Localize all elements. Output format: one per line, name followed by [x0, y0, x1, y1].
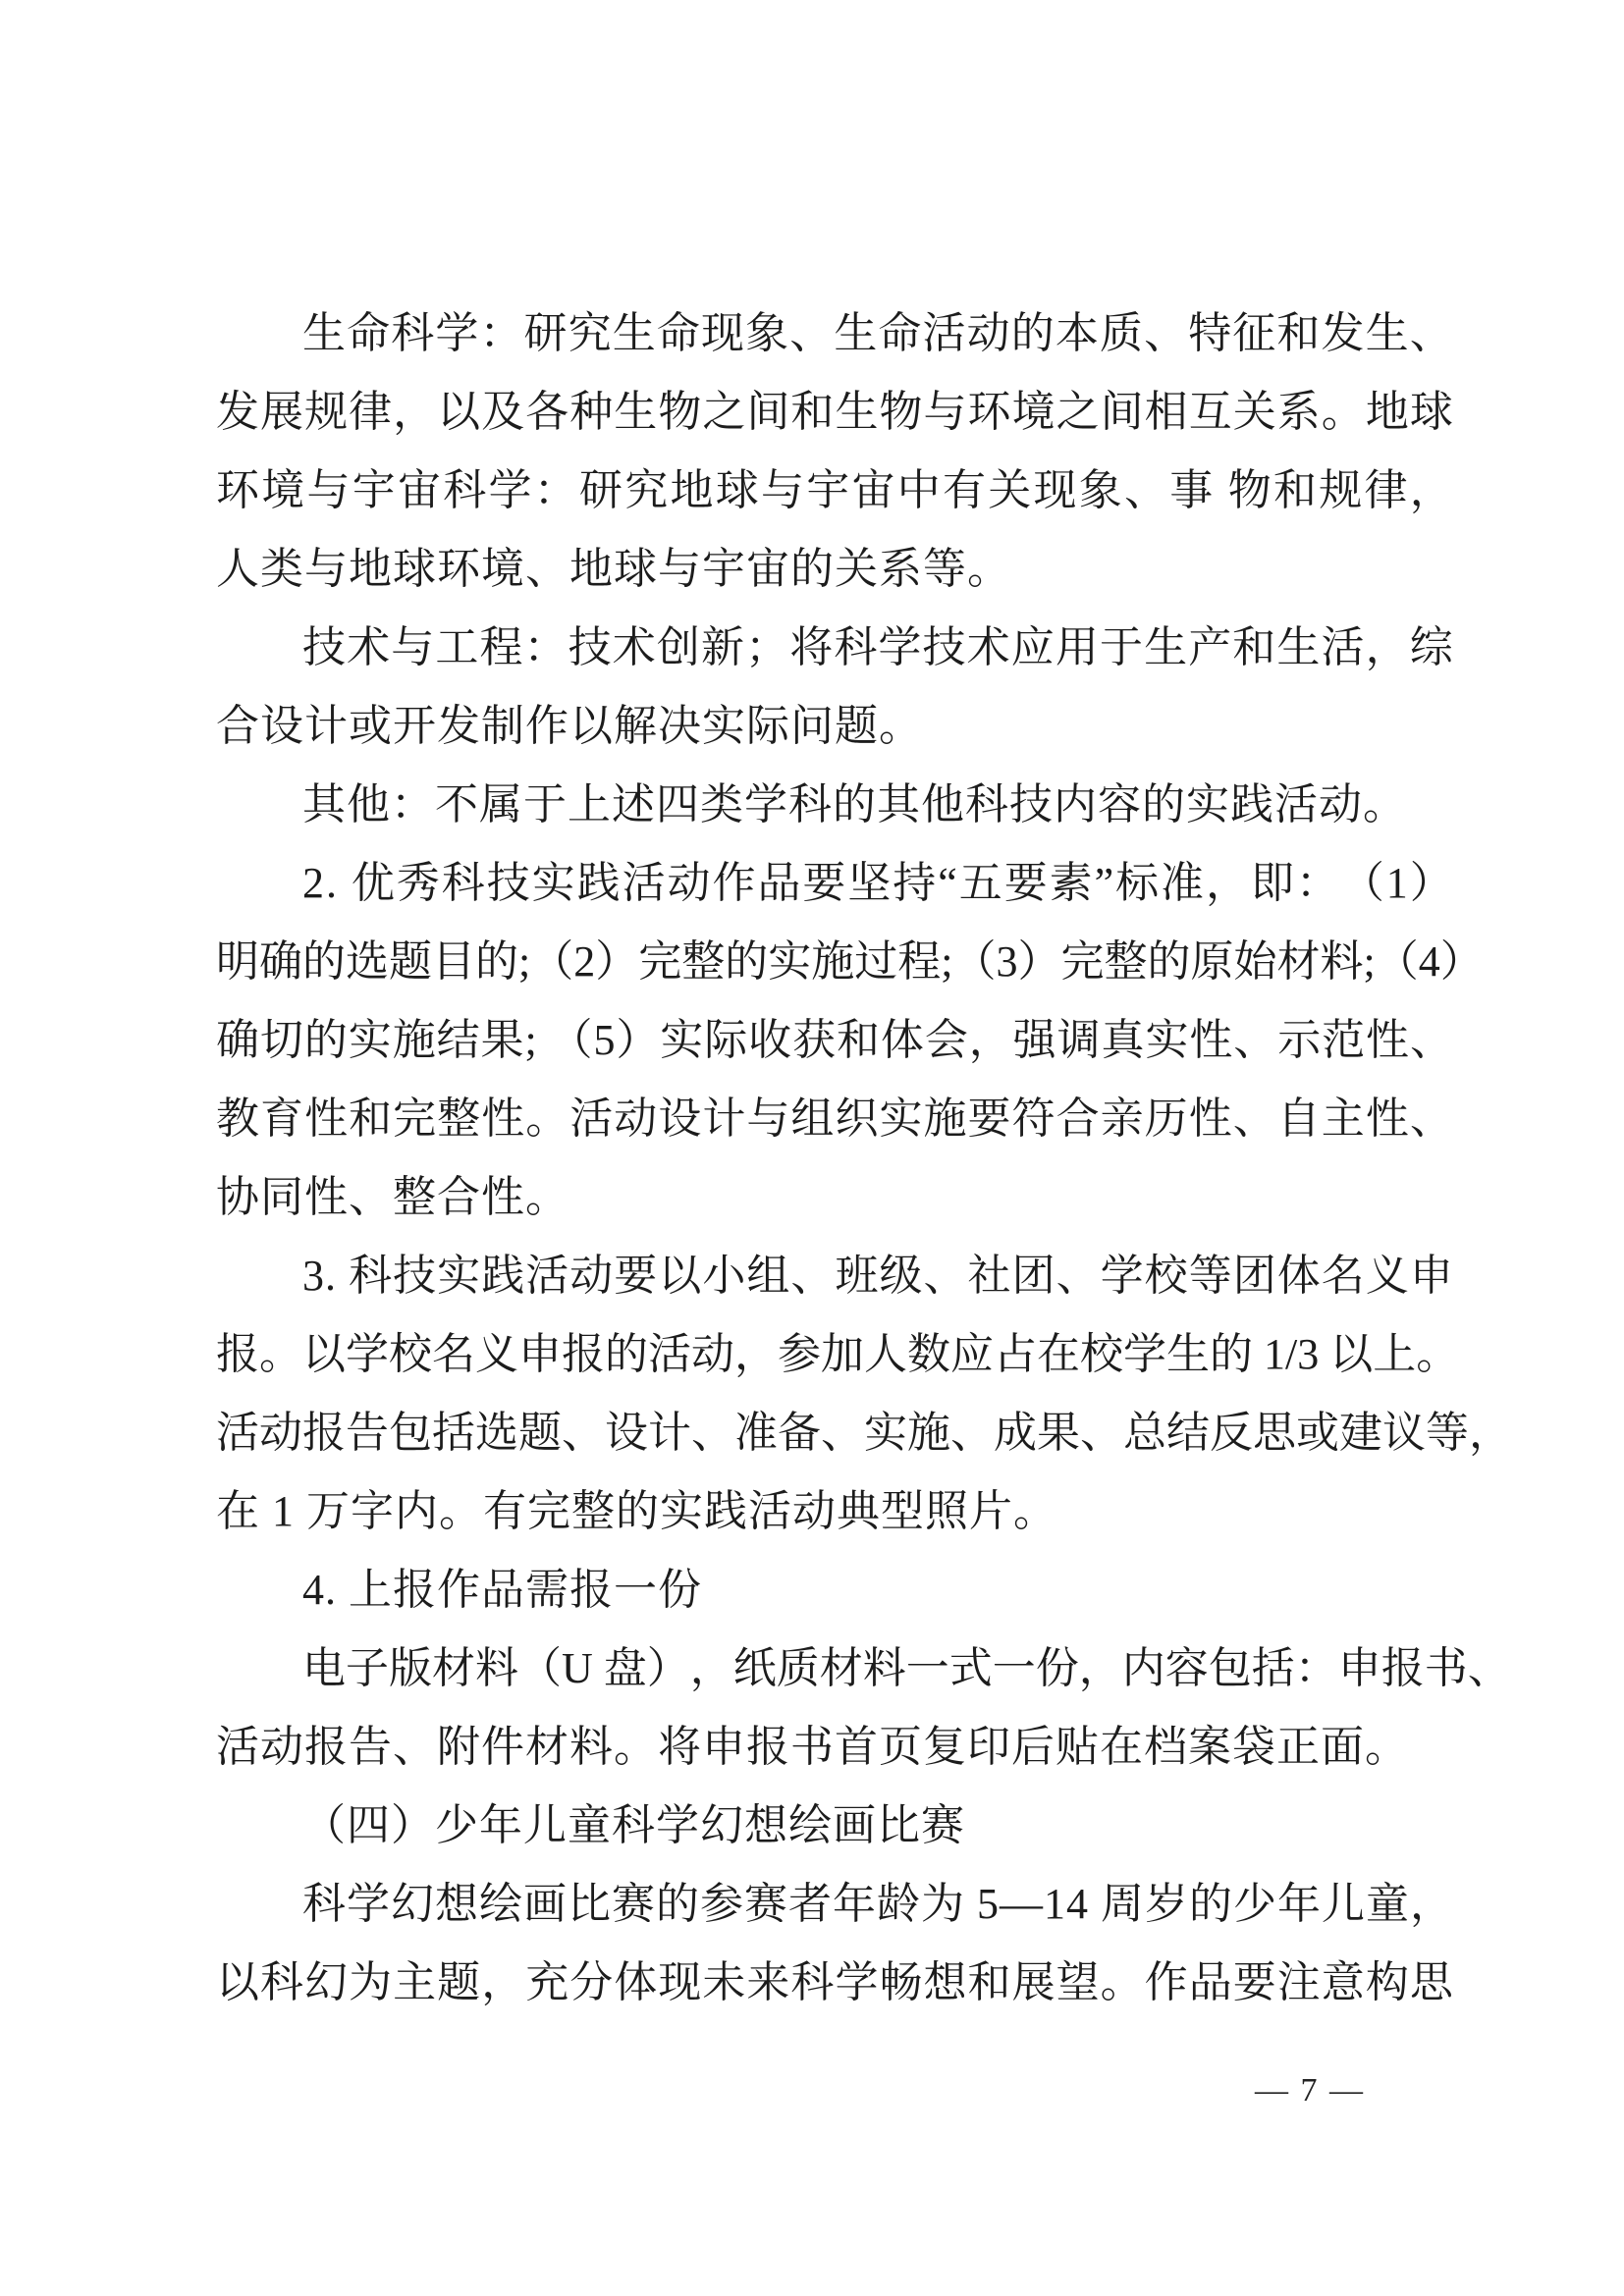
body-text: 生命科学：研究生命现象、生命活动的本质、特征和发生、发展规律，以及各种生物之间和…: [216, 294, 1453, 2022]
text-line: 技术与工程：技术创新；将科学技术应用于生产和生活，综: [216, 609, 1453, 687]
text-line: （四）少年儿童科学幻想绘画比赛: [216, 1787, 1453, 1865]
text-line: 活动报告包括选题、设计、准备、实施、成果、总结反思或建议等，: [216, 1394, 1453, 1472]
text-line: 以科幻为主题，充分体现未来科学畅想和展望。作品要注意构思: [216, 1944, 1453, 2022]
text-line: 其他：不属于上述四类学科的其他科技内容的实践活动。: [216, 766, 1453, 844]
text-line: 环境与宇宙科学：研究地球与宇宙中有关现象、事 物和规律，: [216, 452, 1453, 530]
text-line: 报。以学校名义申报的活动，参加人数应占在校学生的 1/3 以上。: [216, 1315, 1453, 1394]
text-line: 电子版材料（U 盘），纸质材料一式一份，内容包括：申报书、: [216, 1629, 1453, 1708]
text-line: 4. 上报作品需报一份: [216, 1551, 1453, 1629]
text-line: 发展规律，以及各种生物之间和生物与环境之间相互关系。地球: [216, 373, 1453, 452]
text-line: 明确的选题目的;（2）完整的实施过程;（3）完整的原始材料;（4）: [216, 923, 1453, 1001]
text-line: 生命科学：研究生命现象、生命活动的本质、特征和发生、: [216, 294, 1453, 373]
text-line: 科学幻想绘画比赛的参赛者年龄为 5—14 周岁的少年儿童，: [216, 1865, 1453, 1944]
text-line: 协同性、整合性。: [216, 1158, 1453, 1237]
text-line: 在 1 万字内。有完整的实践活动典型照片。: [216, 1472, 1453, 1551]
document-page: 生命科学：研究生命现象、生命活动的本质、特征和发生、发展规律，以及各种生物之间和…: [0, 0, 1624, 2296]
text-line: 3. 科技实践活动要以小组、班级、社团、学校等团体名义申: [216, 1237, 1453, 1315]
text-line: 2. 优秀科技实践活动作品要坚持“五要素”标准，即：（1）: [216, 844, 1453, 923]
text-line: 合设计或开发制作以解决实际问题。: [216, 687, 1453, 766]
text-line: 活动报告、附件材料。将申报书首页复印后贴在档案袋正面。: [216, 1708, 1453, 1787]
text-line: 确切的实施结果; （5）实际收获和体会，强调真实性、示范性、: [216, 1001, 1453, 1080]
text-line: 教育性和完整性。活动设计与组织实施要符合亲历性、自主性、: [216, 1080, 1453, 1158]
text-line: 人类与地球环境、地球与宇宙的关系等。: [216, 530, 1453, 609]
page-number: — 7 —: [1221, 2067, 1398, 2114]
